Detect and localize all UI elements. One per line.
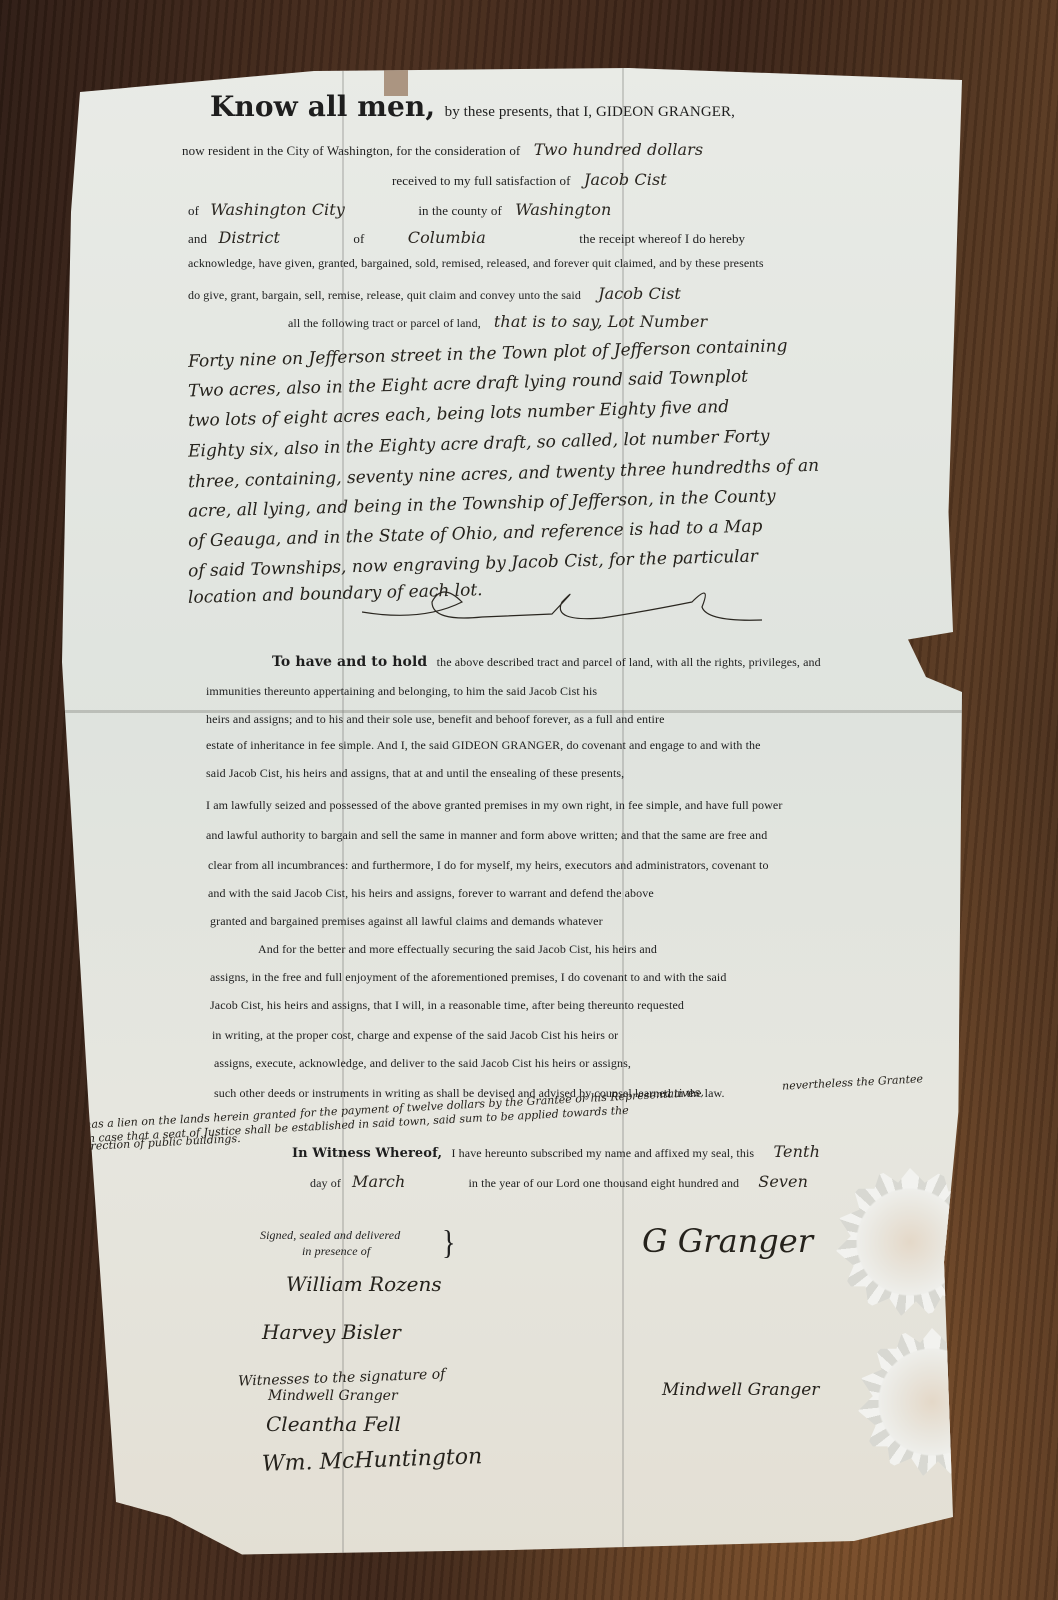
- line-4: and District of Columbia the receipt whe…: [188, 228, 745, 247]
- printed-text: of: [353, 231, 364, 246]
- assurance-line: Jacob Cist, his heirs and assigns, that …: [210, 998, 684, 1013]
- line-1: now resident in the City of Washington, …: [182, 140, 703, 159]
- printed-text: day of: [310, 1176, 341, 1190]
- habendum-line: clear from all incumbrances: and further…: [208, 858, 769, 873]
- printed-text: do give, grant, bargain, sell, remise, r…: [188, 288, 581, 302]
- land-description-line: of said Townships, now engraving by Jaco…: [188, 547, 758, 582]
- addendum-line: nevertheless the Grantee: [782, 1072, 924, 1092]
- land-description-line: Eighty six, also in the Eighty acre draf…: [188, 426, 770, 461]
- land-description-line: two lots of eight acres each, being lots…: [188, 397, 730, 431]
- witness-signature: Cleantha Fell: [266, 1412, 401, 1436]
- heading-blackletter: Know all men,: [210, 90, 435, 123]
- land-description-line: of Geauga, and in the State of Ohio, and…: [188, 516, 763, 551]
- filled-grantee: Jacob Cist: [598, 284, 681, 303]
- printed-text: in the year of our Lord one thousand eig…: [469, 1176, 740, 1190]
- witness-note: Mindwell Granger: [268, 1388, 398, 1404]
- habendum-line: granted and bargained premises against a…: [210, 914, 603, 929]
- filled-county: Washington: [515, 200, 611, 219]
- habendum-line: and with the said Jacob Cist, his heirs …: [208, 886, 654, 901]
- line-2: received to my full satisfaction of Jaco…: [392, 170, 667, 189]
- assurance-line: in writing, at the proper cost, charge a…: [212, 1028, 618, 1043]
- witness-signature: Harvey Bisler: [262, 1320, 401, 1344]
- printed-text: the receipt whereof I do hereby: [579, 231, 745, 246]
- deed-document: Know all men, by these presents, that I,…: [62, 62, 962, 1562]
- assurance-line: And for the better and more effectually …: [258, 942, 657, 957]
- heading: Know all men, by these presents, that I,…: [210, 90, 735, 123]
- line-7: all the following tract or parcel of lan…: [288, 312, 707, 331]
- filled-columbia: Columbia: [408, 228, 486, 247]
- line-3: of Washington City in the county of Wash…: [188, 200, 611, 219]
- grantor-signature: G Granger: [642, 1222, 813, 1260]
- attestation-line-2: in presence of: [302, 1244, 370, 1259]
- brace: }: [442, 1225, 456, 1263]
- filled-day: Tenth: [774, 1142, 820, 1161]
- habendum-line: heirs and assigns; and to his and their …: [206, 712, 665, 727]
- printed-text: of: [188, 203, 199, 218]
- testimonium: In Witness Whereof, I have hereunto subs…: [292, 1142, 820, 1161]
- witness-signature: Wm. McHuntington: [262, 1444, 483, 1477]
- testimonium-blackletter: In Witness Whereof,: [292, 1146, 442, 1161]
- filled-year: Seven: [758, 1172, 808, 1191]
- habendum-line: immunities thereunto appertaining and be…: [206, 684, 597, 699]
- printed-text: now resident in the City of Washington, …: [182, 143, 520, 158]
- land-description-line: acre, all lying, and being in the Townsh…: [188, 486, 776, 521]
- printed-text: the above described tract and parcel of …: [437, 655, 821, 669]
- flourish-ornament: [362, 582, 762, 632]
- line-6: do give, grant, bargain, sell, remise, r…: [188, 284, 681, 303]
- habendum-line: estate of inheritance in fee simple. And…: [206, 738, 761, 753]
- habendum-line: said Jacob Cist, his heirs and assigns, …: [206, 766, 624, 781]
- printed-text: received to my full satisfaction of: [392, 173, 571, 188]
- filled-district: District: [218, 228, 280, 247]
- filled-city: Washington City: [210, 200, 345, 219]
- printed-text: in the county of: [418, 203, 502, 218]
- filled-grantee: Jacob Cist: [584, 170, 667, 189]
- line-5: acknowledge, have given, granted, bargai…: [188, 256, 764, 271]
- habendum-line: and lawful authority to bargain and sell…: [206, 828, 767, 843]
- land-description-line: Forty nine on Jefferson street in the To…: [188, 336, 788, 372]
- habendum-blackletter: To have and to hold: [272, 654, 427, 670]
- heading-rest: by these presents, that I, GIDEON GRANGE…: [445, 104, 735, 120]
- filled-consideration: Two hundred dollars: [534, 140, 704, 159]
- cosigner-signature: Mindwell Granger: [662, 1380, 819, 1400]
- assurance-line: assigns, in the free and full enjoyment …: [210, 970, 726, 985]
- assurance-line: assigns, execute, acknowledge, and deliv…: [214, 1056, 631, 1071]
- filled-month: March: [352, 1172, 405, 1191]
- attestation-line-1: Signed, sealed and delivered: [260, 1228, 400, 1243]
- date-line: day of March in the year of our Lord one…: [310, 1172, 808, 1191]
- printed-text: all the following tract or parcel of lan…: [288, 316, 481, 330]
- printed-text: I have hereunto subscribed my name and a…: [451, 1146, 754, 1160]
- land-description-line: Two acres, also in the Eight acre draft …: [188, 367, 748, 402]
- habendum-line: I am lawfully seized and possessed of th…: [206, 798, 782, 813]
- printed-text: and: [188, 231, 207, 246]
- witness-signature: William Rozens: [286, 1272, 442, 1296]
- habendum-line-1: To have and to hold the above described …: [272, 654, 821, 670]
- filled-lot: that is to say, Lot Number: [494, 312, 707, 331]
